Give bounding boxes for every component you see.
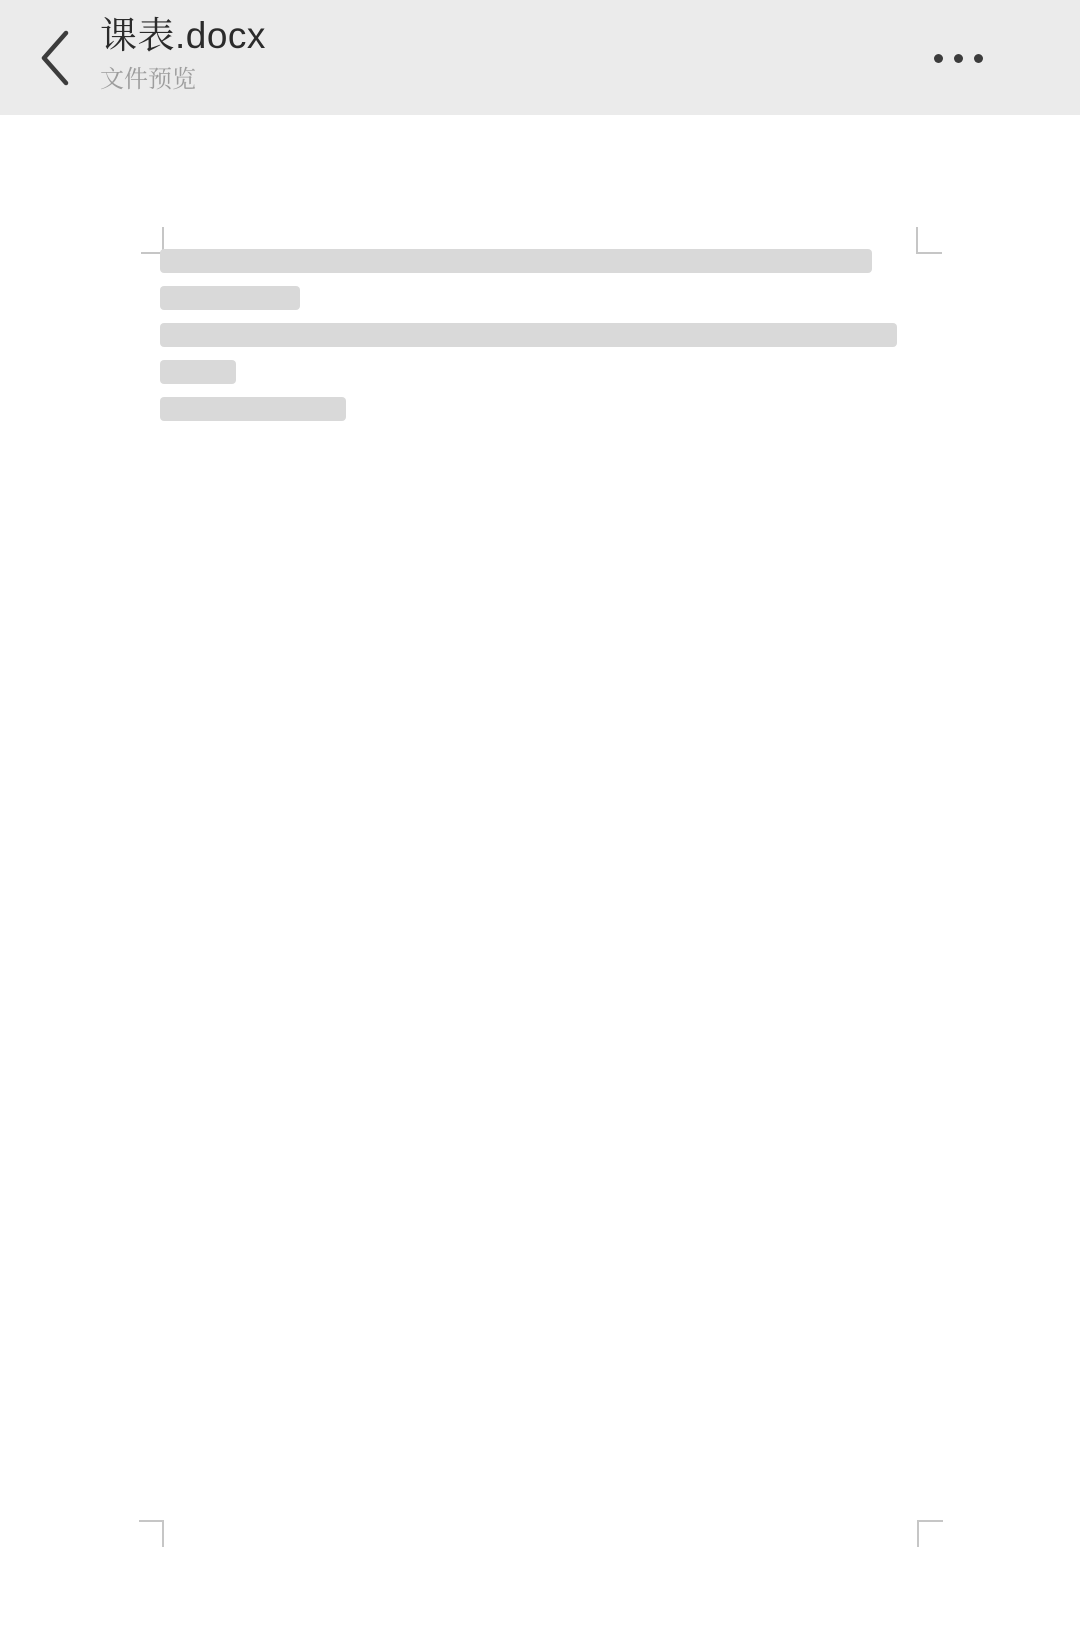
redacted-text-line: [160, 323, 897, 347]
header-titles: 课表.docx 文件预览: [100, 14, 266, 94]
document-viewport[interactable]: [0, 115, 1080, 1628]
page-corner-mark-bottom-right: [917, 1520, 943, 1547]
page-corner-mark-top-right: [916, 227, 942, 254]
file-preview-header: 课表.docx 文件预览: [0, 0, 1080, 115]
back-button[interactable]: [22, 14, 88, 102]
more-options-button[interactable]: [922, 38, 994, 78]
page-corner-mark-bottom-left: [139, 1520, 164, 1547]
redacted-text-line: [160, 286, 300, 310]
ellipsis-icon: [934, 54, 983, 63]
document-text-redacted: [160, 249, 900, 434]
chevron-left-icon: [38, 28, 72, 88]
redacted-text-line: [160, 397, 346, 421]
preview-subtitle: 文件预览: [100, 66, 266, 94]
redacted-text-line: [160, 249, 872, 273]
redacted-text-line: [160, 360, 236, 384]
file-name-title: 课表.docx: [100, 14, 266, 58]
